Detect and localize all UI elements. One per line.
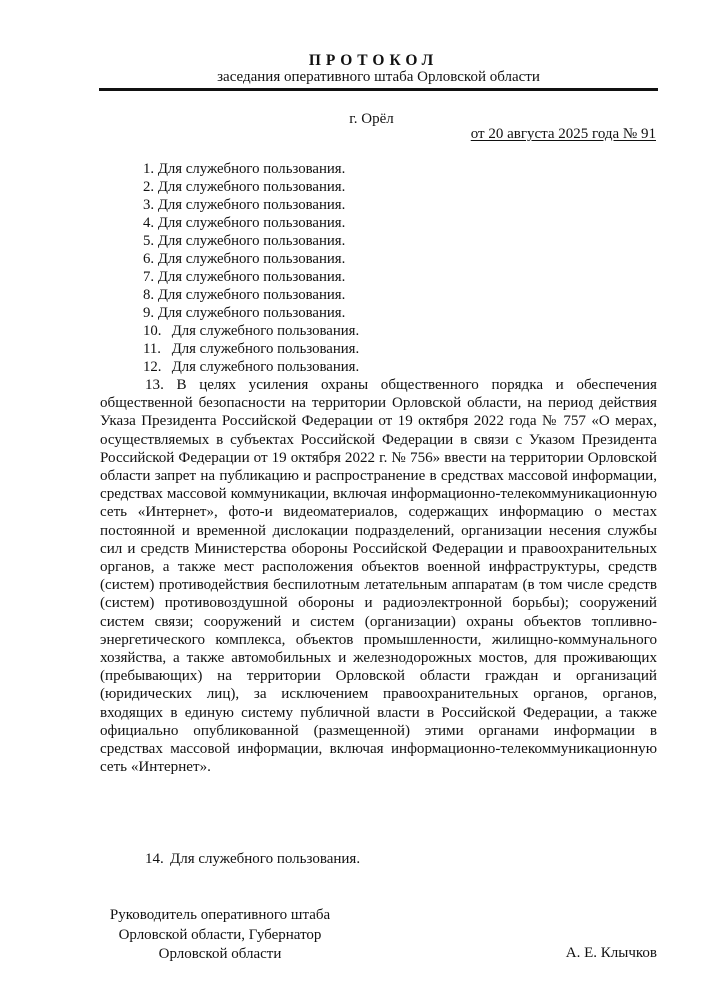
list-item: 6. Для служебного пользования. xyxy=(143,250,359,268)
list-item: 10. Для служебного пользования. xyxy=(143,322,359,340)
document-subtitle: заседания оперативного штаба Орловской о… xyxy=(99,69,658,86)
signatory-position: Руководитель оперативного штаба Орловско… xyxy=(104,906,336,965)
item-number: 9. xyxy=(143,304,154,322)
list-item: 12. Для служебного пользования. xyxy=(143,358,359,376)
list-item: 1. Для служебного пользования. xyxy=(143,160,359,178)
item-number: 2. xyxy=(143,178,154,196)
item-text: Для служебного пользования. xyxy=(172,341,360,357)
date-line: от 20 августа 2025 года № 91 xyxy=(471,126,656,143)
document-page: ПРОТОКОЛ заседания оперативного штаба Ор… xyxy=(0,0,707,1000)
list-item: 8. Для служебного пользования. xyxy=(143,286,359,304)
item-number: 12. xyxy=(143,358,168,376)
item-number: 3. xyxy=(143,196,154,214)
item-text: Для служебного пользования. xyxy=(158,305,346,321)
document-title: ПРОТОКОЛ xyxy=(0,52,707,70)
item-number: 5. xyxy=(143,232,154,250)
item-number: 8. xyxy=(143,286,154,304)
item-text: Для служебного пользования. xyxy=(158,161,346,177)
item-text: Для служебного пользования. xyxy=(158,197,346,213)
item-number: 10. xyxy=(143,322,168,340)
item-number: 11. xyxy=(143,340,168,358)
item-text: Для служебного пользования. xyxy=(158,287,346,303)
items-list: 1. Для служебного пользования. 2. Для сл… xyxy=(143,160,359,376)
signatory-position-line: Орловской области, Губернатор xyxy=(104,926,336,946)
item-number: 1. xyxy=(143,160,154,178)
item-text: Для служебного пользования. xyxy=(170,851,360,867)
signatory-name: А. Е. Клычков xyxy=(566,945,657,962)
item-14: 14.Для служебного пользования. xyxy=(145,851,360,868)
list-item: 7. Для служебного пользования. xyxy=(143,268,359,286)
item-number: 4. xyxy=(143,214,154,232)
item-text: Для служебного пользования. xyxy=(158,269,346,285)
list-item: 3. Для служебного пользования. xyxy=(143,196,359,214)
item-number: 14. xyxy=(145,851,170,868)
list-item: 5. Для служебного пользования. xyxy=(143,232,359,250)
list-item: 9. Для служебного пользования. xyxy=(143,304,359,322)
list-item: 11. Для служебного пользования. xyxy=(143,340,359,358)
list-item: 4. Для служебного пользования. xyxy=(143,214,359,232)
item-number: 6. xyxy=(143,250,154,268)
item-13-paragraph: 13. В целях усиления охраны общественног… xyxy=(100,376,657,776)
item-text: Для служебного пользования. xyxy=(158,233,346,249)
signatory-position-line: Орловской области xyxy=(104,945,336,965)
item-text: Для служебного пользования. xyxy=(158,215,346,231)
item-number: 7. xyxy=(143,268,154,286)
item-text: Для служебного пользования. xyxy=(158,251,346,267)
item-text: Для служебного пользования. xyxy=(172,323,360,339)
list-item: 2. Для служебного пользования. xyxy=(143,178,359,196)
item-text: Для служебного пользования. xyxy=(158,179,346,195)
item-text: Для служебного пользования. xyxy=(172,359,360,375)
signatory-position-line: Руководитель оперативного штаба xyxy=(104,906,336,926)
header-rule xyxy=(99,88,658,91)
